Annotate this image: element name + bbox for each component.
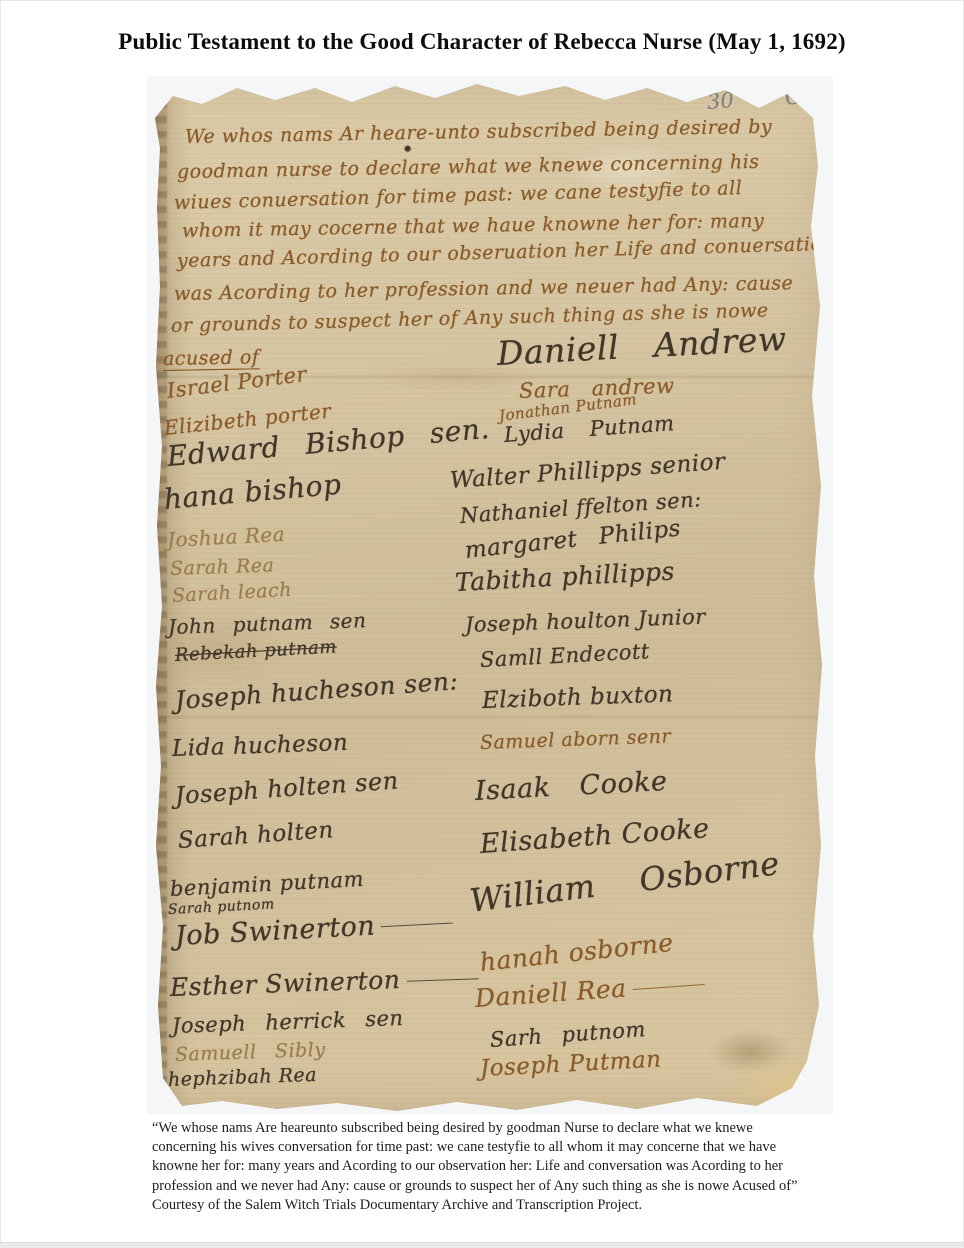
signature: Tabitha phillipps: [454, 557, 675, 597]
body-line: acused of: [163, 346, 260, 370]
signature: Samuell Sibly: [175, 1039, 326, 1066]
signature: Samll Endecott: [479, 639, 650, 672]
signature: Sarah leach: [171, 579, 292, 607]
flourish-tail: [381, 922, 453, 927]
manuscript-photo: 30 C We whos nams Ar heare-unto subscrib…: [147, 76, 833, 1114]
signature: Elisabeth Cooke: [479, 813, 711, 860]
flourish-tail: [633, 984, 705, 990]
signature: Isaak Cooke: [474, 766, 668, 807]
signature: Joshua Rea: [166, 522, 285, 552]
body-line: wiues conuersation for time past: we can…: [174, 177, 743, 214]
signature: Samuel aborn senr: [480, 725, 672, 754]
signature: Sarah Rea: [170, 554, 275, 580]
signature: hana bishop: [163, 468, 343, 516]
archival-page-number: 30: [706, 88, 735, 114]
signature: Joseph holten sen: [174, 766, 399, 810]
binding-edge: [152, 86, 167, 1108]
body-line: We whos nams Ar heare-unto subscribed be…: [185, 116, 773, 148]
signature: John putnam sen: [168, 608, 367, 639]
archival-letter: C: [783, 84, 803, 111]
signature: Joseph herrick sen: [172, 1006, 404, 1038]
signature: Daniell Rea: [474, 968, 705, 1013]
flourish-tail: [406, 978, 478, 982]
signature: Lida hucheson: [172, 730, 349, 762]
signature: hephzibah Rea: [168, 1064, 318, 1091]
signature: Sarh putnom: [489, 1017, 646, 1052]
signature: Rebekah putnam: [174, 637, 337, 666]
manuscript-paper: 30 C We whos nams Ar heare-unto subscrib…: [147, 76, 833, 1114]
signature: Joseph Putman: [479, 1047, 662, 1082]
caption: “We whose nams Are heareunto subscribed …: [152, 1119, 844, 1215]
signature: Joseph houlton Junior: [465, 605, 707, 637]
signature: hanah osborne: [478, 928, 674, 977]
bottom-bar: [0, 1242, 964, 1248]
signature: Sarah holten: [177, 817, 334, 854]
body-line: was Acording to her profession and we ne…: [174, 272, 794, 305]
signature: Joseph hucheson sen:: [174, 666, 459, 715]
signature: Elziboth buxton: [482, 681, 674, 714]
page-title: Public Testament to the Good Character o…: [0, 29, 964, 55]
signature: Esther Swinerton: [169, 962, 478, 1002]
